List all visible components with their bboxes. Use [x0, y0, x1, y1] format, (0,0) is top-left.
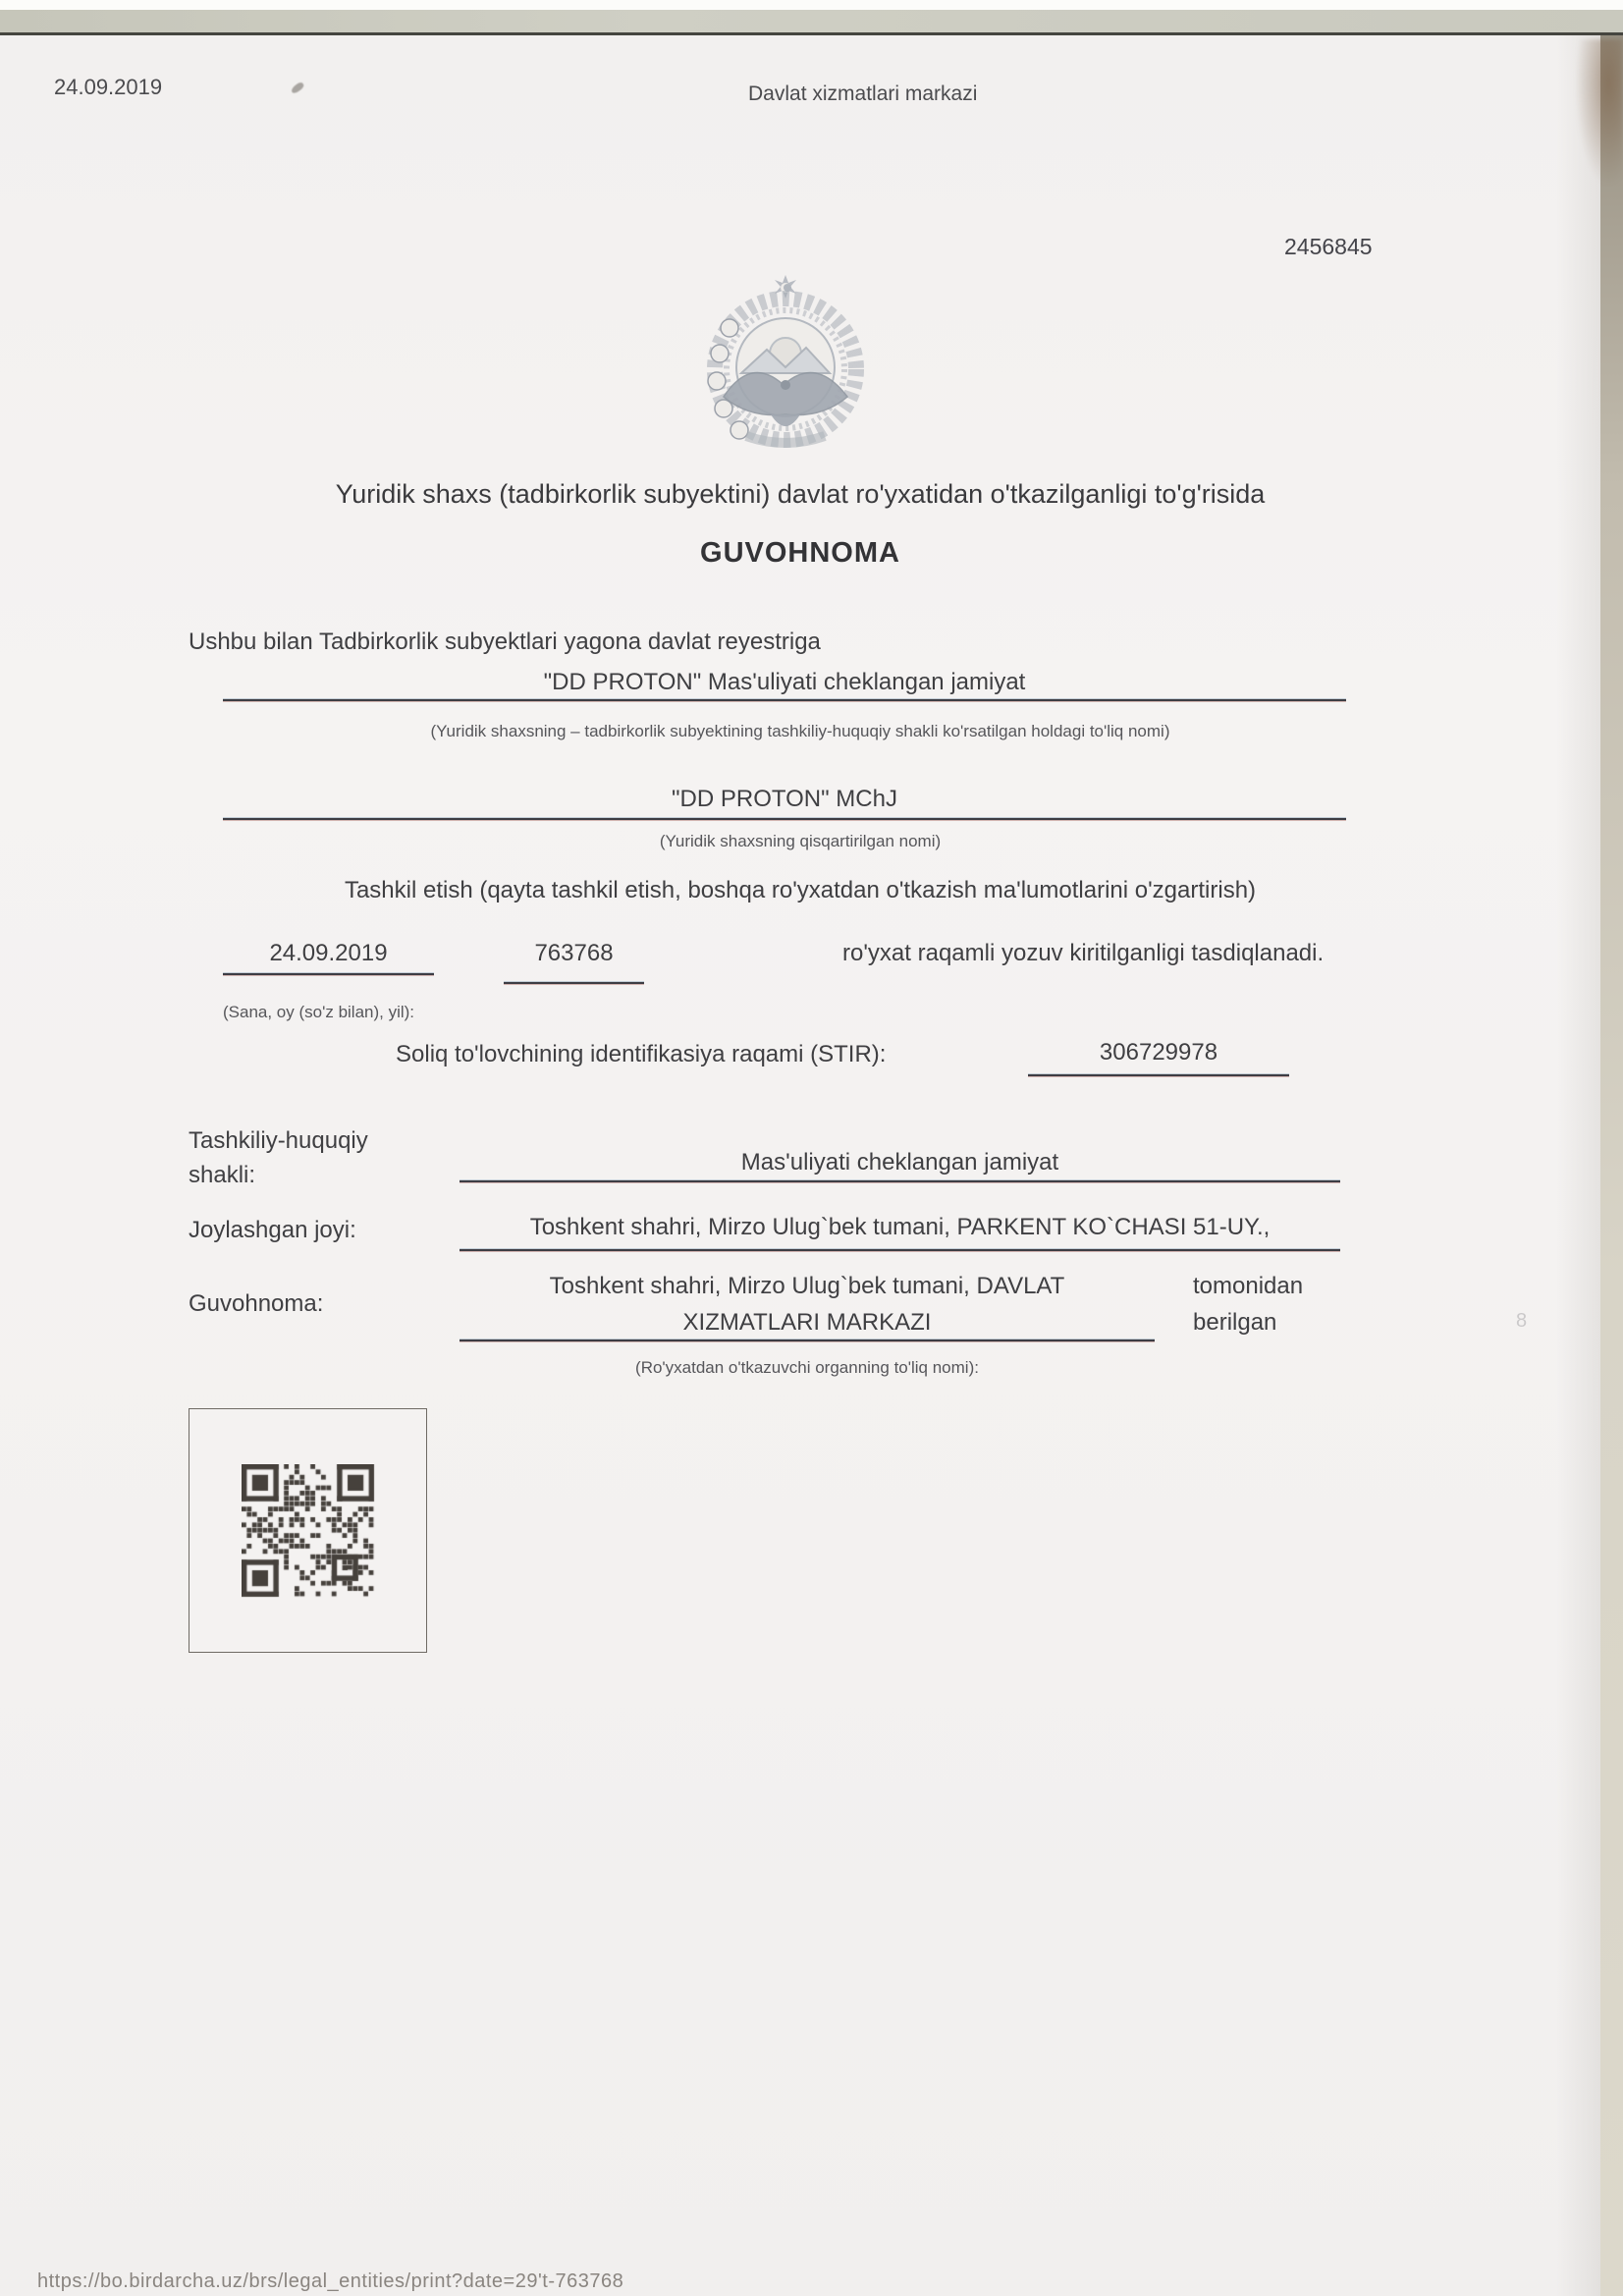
registration-date: 24.09.2019: [223, 940, 434, 967]
footer-url: https://bo.birdarcha.uz/brs/legal_entiti…: [37, 2270, 623, 2293]
rule-address: [460, 1249, 1340, 1251]
rule-legal-form: [460, 1180, 1340, 1182]
print-header-date: 24.09.2019: [54, 75, 162, 100]
scanner-band-top: [0, 10, 1623, 32]
paper-edge-shadow: [1556, 35, 1600, 2296]
certificate-heading: GUVOHNOMA: [0, 537, 1600, 570]
registration-date-caption: (Sana, oy (so'z bilan), yil):: [223, 1003, 414, 1022]
uzbekistan-coat-of-arms-icon: [702, 271, 869, 450]
registration-action-line: Tashkil etish (qayta tashkil etish, bosh…: [0, 877, 1600, 904]
scanner-edge-top: [0, 0, 1623, 10]
legal-form-value: Mas'uliyati cheklangan jamiyat: [460, 1149, 1340, 1176]
issuer-value-line2: XIZMATLARI MARKAZI: [460, 1309, 1155, 1337]
certificate-title: Yuridik shaxs (tadbirkorlik subyektini) …: [0, 479, 1600, 510]
document-number: 2456845: [1284, 234, 1373, 260]
rule-issuer: [460, 1339, 1155, 1341]
issuer-value-line1: Toshkent shahri, Mirzo Ulug`bek tumani, …: [460, 1273, 1155, 1300]
registration-number: 763768: [504, 940, 644, 967]
rule-full-name: [223, 699, 1346, 701]
company-full-name: "DD PROTON" Mas'uliyati cheklangan jamiy…: [223, 669, 1346, 696]
scanned-certificate-page: 24.09.2019 Davlat xizmatlari markazi 245…: [0, 0, 1623, 2296]
issuer-label: Guvohnoma:: [189, 1290, 323, 1318]
qr-code-icon: [242, 1464, 375, 1602]
rule-short-name: [223, 818, 1346, 820]
scan-artifact-faint-mark: 8: [1516, 1310, 1527, 1333]
legal-form-label-line1: Tashkiliy-huquqiy: [189, 1127, 368, 1155]
issuer-suffix-line1: tomonidan: [1193, 1273, 1303, 1300]
registration-confirmation: ro'yxat raqamli yozuv kiritilganligi tas…: [842, 940, 1324, 967]
stir-value: 306729978: [1028, 1039, 1289, 1066]
address-value: Toshkent shahri, Mirzo Ulug`bek tumani, …: [460, 1214, 1340, 1241]
short-name-caption: (Yuridik shaxsning qisqartirilgan nomi): [0, 832, 1600, 851]
company-short-name: "DD PROTON" MChJ: [223, 786, 1346, 813]
legal-form-label-line2: shakli:: [189, 1162, 255, 1189]
stir-label: Soliq to'lovchining identifikasiya raqam…: [396, 1041, 886, 1068]
rule-stir: [1028, 1074, 1289, 1076]
issuer-caption: (Ro'yxatdan o'tkazuvchi organning to'liq…: [460, 1358, 1155, 1378]
print-header-title: Davlat xizmatlari markazi: [748, 82, 977, 106]
rule-registration-date: [223, 973, 434, 975]
address-label: Joylashgan joyi:: [189, 1217, 356, 1244]
intro-line: Ushbu bilan Tadbirkorlik subyektlari yag…: [189, 629, 821, 656]
qr-code-frame: [189, 1408, 427, 1653]
scan-smudge-top-right: [1575, 39, 1623, 187]
rule-registration-number: [504, 982, 644, 984]
scanner-edge-right: [1600, 35, 1623, 2296]
full-name-caption: (Yuridik shaxsning – tadbirkorlik subyek…: [0, 722, 1600, 741]
issuer-suffix-line2: berilgan: [1193, 1309, 1276, 1337]
